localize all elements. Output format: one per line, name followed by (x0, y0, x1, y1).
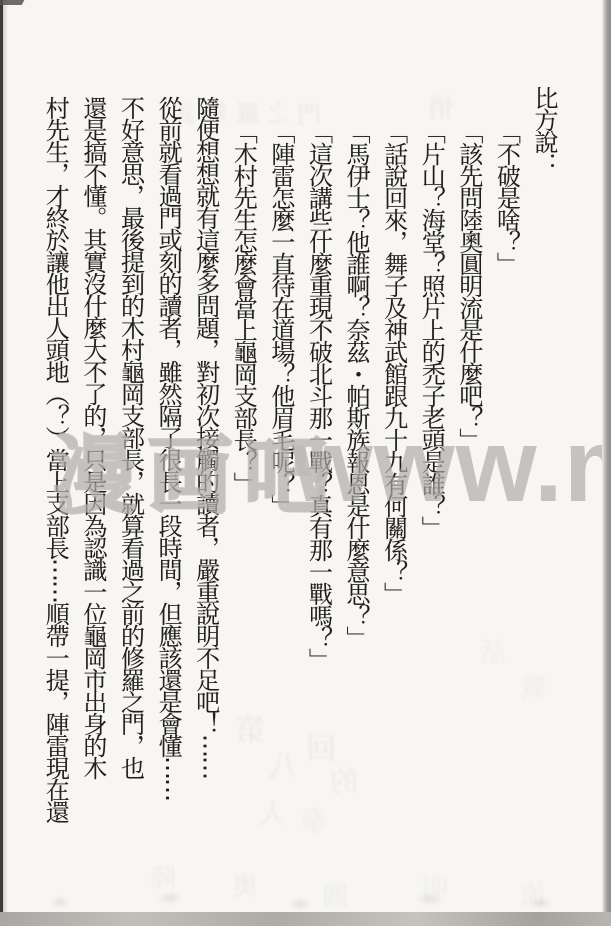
text-column: 「該先問陸奧圓明流是什麼吧？」 (448, 86, 486, 846)
scan-edge-bottom (0, 912, 611, 926)
text-column: 村先生，才終於讓他出人頭地（？）當上支部長⋯⋯順帶一提，陣雷現在還 (35, 86, 73, 846)
text-column: 「木村先生怎麼會當上龜岡支部長？」 (223, 86, 261, 846)
scan-edge-left-soft (3, 0, 8, 926)
text-column: 「馬伊士？他誰啊？奈茲・帕斯族報恩是什麼意思？」 (335, 86, 373, 846)
scan-bottom-mottle (0, 888, 611, 914)
scan-edge-right (602, 0, 611, 926)
text-column: 從前就看過門或刻的讀者，雖然隔了很長一段時間，但應該還是會懂⋯⋯ (147, 86, 185, 846)
text-columns: 比方說：「不破是啥？」「該先問陸奧圓明流是什麼吧？」「片山？海堂？照片上的禿子老… (35, 86, 561, 846)
text-column: 還是搞不懂。其實沒什麼大不了的，只是因為認識一位龜岡市出身的木 (72, 86, 110, 846)
text-column: 隨便想想就有這麼多問題，對初次接觸的讀者，嚴重說明不足吧！⋯⋯ (185, 86, 223, 846)
text-column: 「陣雷怎麼一直待在道場？他眉毛呢？」 (260, 86, 298, 846)
text-column: 不好意思，最後提到的木村龜岡支部長，就算看過之前的修羅之門，也 (110, 86, 148, 846)
text-column: 「話說回來，舞子及神武館跟九十九有何關係？」 (373, 86, 411, 846)
text-column: 比方說： (523, 86, 561, 846)
scan-corner-mark (0, 0, 26, 5)
text-column: 「片山？海堂？照片上的禿子老頭是誰？」 (411, 86, 449, 846)
text-column: 「這次講些什麼重現不破北斗那一戰？真有那一戰嗎？」 (298, 86, 336, 846)
book-page: 悄武修羅之門第八回的人拳話戰陸奧圓明流 比方說：「不破是啥？」「該先問陸奧圓明流… (0, 0, 611, 926)
text-column: 「不破是啥？」 (486, 86, 524, 846)
